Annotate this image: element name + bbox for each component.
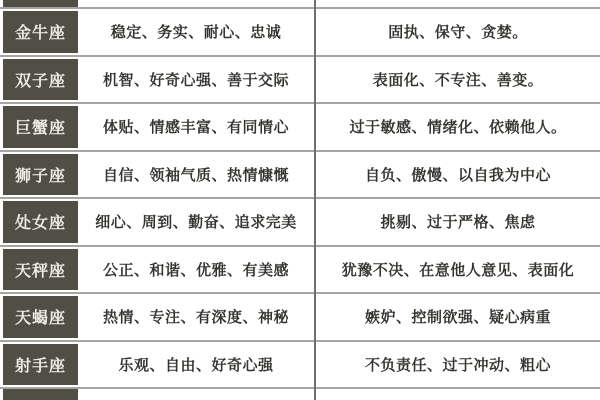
positive-traits-cell: 稳定、务实、耐心、忠诚 <box>78 9 314 55</box>
table-row: 狮子座 自信、领袖气质、热情慷慨 自负、傲慢、以自我为中心 <box>0 152 600 200</box>
negative-traits-cell: 自负、傲慢、以自我为中心 <box>314 152 600 198</box>
negative-traits-cell: 挑剔、过于严格、焦虑 <box>314 199 600 245</box>
zodiac-sign-cell: 处女座 <box>3 201 78 243</box>
negative-traits-cell: 表面化、不专注、善变。 <box>314 57 600 103</box>
table-row: 双子座 机智、好奇心强、善于交际 表面化、不专注、善变。 <box>0 57 600 105</box>
zodiac-sign-cell: 天蝎座 <box>3 296 78 338</box>
negative-traits-cell: 嫉妒、控制欲强、疑心病重 <box>314 294 600 340</box>
zodiac-sign-cell-partial <box>3 389 78 400</box>
zodiac-sign-cell: 狮子座 <box>3 154 78 196</box>
table-row: 金牛座 稳定、务实、耐心、忠诚 固执、保守、贪婪。 <box>0 9 600 57</box>
column-divider-line <box>314 0 316 400</box>
zodiac-sign-cell: 射手座 <box>3 344 78 386</box>
table-row: 天蝎座 热情、专注、有深度、神秘 嫉妒、控制欲强、疑心病重 <box>0 294 600 342</box>
zodiac-sign-cell: 天秤座 <box>3 249 78 291</box>
zodiac-traits-table: 金牛座 稳定、务实、耐心、忠诚 固执、保守、贪婪。 双子座 机智、好奇心强、善于… <box>0 0 600 400</box>
positive-traits-cell: 体贴、情感丰富、有同情心 <box>78 104 314 150</box>
positive-traits-cell: 机智、好奇心强、善于交际 <box>78 57 314 103</box>
positive-traits-cell: 热情、专注、有深度、神秘 <box>78 294 314 340</box>
table-row-partial-bottom <box>0 389 600 400</box>
table-row: 天秤座 公正、和谐、优雅、有美感 犹豫不决、在意他人意见、表面化 <box>0 247 600 295</box>
positive-traits-cell: 自信、领袖气质、热情慷慨 <box>78 152 314 198</box>
zodiac-sign-cell: 金牛座 <box>3 11 78 53</box>
table-row: 射手座 乐观、自由、好奇心强 不负责任、过于冲动、粗心 <box>0 342 600 390</box>
negative-traits-cell: 不负责任、过于冲动、粗心 <box>314 342 600 388</box>
zodiac-sign-cell-partial <box>3 0 78 7</box>
negative-traits-cell: 过于敏感、情绪化、依赖他人。 <box>314 104 600 150</box>
zodiac-sign-cell: 巨蟹座 <box>3 106 78 148</box>
positive-traits-cell: 公正、和谐、优雅、有美感 <box>78 247 314 293</box>
negative-traits-cell: 固执、保守、贪婪。 <box>314 9 600 55</box>
table-row: 处女座 细心、周到、勤奋、追求完美 挑剔、过于严格、焦虑 <box>0 199 600 247</box>
table-row: 巨蟹座 体贴、情感丰富、有同情心 过于敏感、情绪化、依赖他人。 <box>0 104 600 152</box>
table-body: 金牛座 稳定、务实、耐心、忠诚 固执、保守、贪婪。 双子座 机智、好奇心强、善于… <box>0 9 600 389</box>
positive-traits-cell: 乐观、自由、好奇心强 <box>78 342 314 388</box>
negative-traits-cell: 犹豫不决、在意他人意见、表面化 <box>314 247 600 293</box>
zodiac-sign-cell: 双子座 <box>3 59 78 101</box>
positive-traits-cell: 细心、周到、勤奋、追求完美 <box>78 199 314 245</box>
table-row-partial-top <box>0 0 600 9</box>
